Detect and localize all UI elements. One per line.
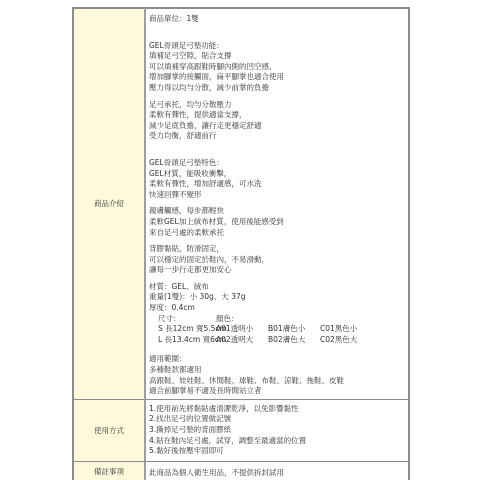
usage-step: 3.撕掉足弓墊的背面膠紙 [149, 425, 406, 436]
color-b02: B02膚色大 [268, 335, 320, 346]
function-line: 填補足弓空隙，貼合支撐 [149, 51, 406, 62]
spec-thickness: 厚度：0.4cm [149, 303, 406, 314]
usage-step: 1.使用前先將黏貼處清潔乾淨，以免影響黏性 [149, 404, 406, 415]
arch-line: 足弓承托，均勻分散壓力 [149, 100, 406, 111]
function-line: 壓力得以均勻分散，減少前掌的負擔 [149, 83, 406, 94]
scope-line: 多種鞋款都適用 [149, 365, 406, 376]
size-s: S 長12cm 寬5.5cm [158, 324, 216, 335]
row-label-intro: 商品介紹 [74, 9, 146, 400]
size-title: 尺寸： [158, 314, 216, 325]
table-row-intro: 商品介紹 商品單位：1雙 GEL骨頭足弓墊功能： 填補足弓空隙，貼合支撐 可以填… [74, 9, 409, 400]
spec-material: 材質：GEL、絨布 [149, 282, 406, 293]
feature-line: GEL材質，能吸收衝擊， [149, 169, 406, 180]
size-color-grid: 尺寸： 顏色： S 長12cm 寬5.5cm A01透明小 B01膚色小 C01… [149, 314, 406, 346]
scope-line: 適合前腳掌易不適及長時間站立者 [149, 386, 406, 397]
arch-line: 減少足底負擔，讓行走更穩定舒適 [149, 121, 406, 132]
product-info-table: 商品介紹 商品單位：1雙 GEL骨頭足弓墊功能： 填補足弓空隙，貼合支撐 可以填… [72, 7, 410, 480]
color-title: 顏色： [216, 314, 268, 325]
scope-line: 高跟鞋、娃娃鞋、休閒鞋、球鞋、布鞋、涼鞋、拖鞋、皮鞋 [149, 376, 406, 387]
usage-step: 5.黏好後按壓牢固即可 [149, 446, 406, 457]
color-c01: C01黑色小 [320, 324, 370, 335]
arch-line: 受力均衡，舒適前行 [149, 131, 406, 142]
row-content-usage: 1.使用前先將黏貼處清潔乾淨，以免影響黏性 2.找出足弓的位置做記號 3.撕掉足… [145, 399, 409, 461]
scope-title: 適用範圍： [149, 354, 406, 365]
feature-line: 快速回彈不變形 [149, 190, 406, 201]
adhesive-line: 讓每一步行走都更加安心 [149, 265, 406, 276]
row-label-usage: 使用方式 [74, 399, 146, 461]
table-row-usage: 使用方式 1.使用前先將黏貼處清潔乾淨，以免影響黏性 2.找出足弓的位置做記號 … [74, 399, 409, 461]
adhesive-line: 背膠黏貼，防滑固定， [149, 244, 406, 255]
color-a01: A01透明小 [216, 324, 268, 335]
touch-line: 柔軟GEL加上絨布材質，使用後能感受到 [149, 217, 406, 228]
arch-line: 柔軟有彈性，提供適當支撐， [149, 110, 406, 121]
feature-title: GEL骨頭足弓墊特色： [149, 158, 406, 169]
usage-step: 2.找出足弓的位置做記號 [149, 414, 406, 425]
adhesive-line: 可以穩定的固定於鞋內，不易滑動， [149, 255, 406, 266]
table-row-notes: 備註事項 此商品為個人衛生用品，不提供拆封試用 [74, 461, 409, 480]
spec-weight: 重量(1雙)：小 30g、大 37g [149, 292, 406, 303]
feature-line: 柔軟有彈性，增加舒適感，可水洗 [149, 179, 406, 190]
color-c02: C02黑色大 [320, 335, 370, 346]
touch-line: 來自足弓處的柔軟承托 [149, 228, 406, 239]
row-label-notes: 備註事項 [74, 461, 146, 480]
row-content-intro: 商品單位：1雙 GEL骨頭足弓墊功能： 填補足弓空隙，貼合支撐 可以填補穿高跟鞋… [145, 9, 409, 400]
color-b01: B01膚色小 [268, 324, 320, 335]
note-text: 此商品為個人衛生用品，不提供拆封試用 [149, 468, 406, 479]
function-line: 可以填補穿高跟鞋時腳內側的凹空感， [149, 62, 406, 73]
function-line: 增加腳掌的接觸面，扁平腳掌也適合使用 [149, 72, 406, 83]
usage-step: 4.貼在鞋內足弓處，試穿，調整至最適當的位置 [149, 436, 406, 447]
size-l: L 長13.4cm 寬6cm [158, 335, 216, 346]
color-a02: A02透明大 [216, 335, 268, 346]
product-unit: 商品單位：1雙 [149, 14, 406, 25]
row-content-notes: 此商品為個人衛生用品，不提供拆封試用 [145, 461, 409, 480]
function-title: GEL骨頭足弓墊功能： [149, 41, 406, 52]
touch-line: 親膚觸感，每步都輕快 [149, 206, 406, 217]
